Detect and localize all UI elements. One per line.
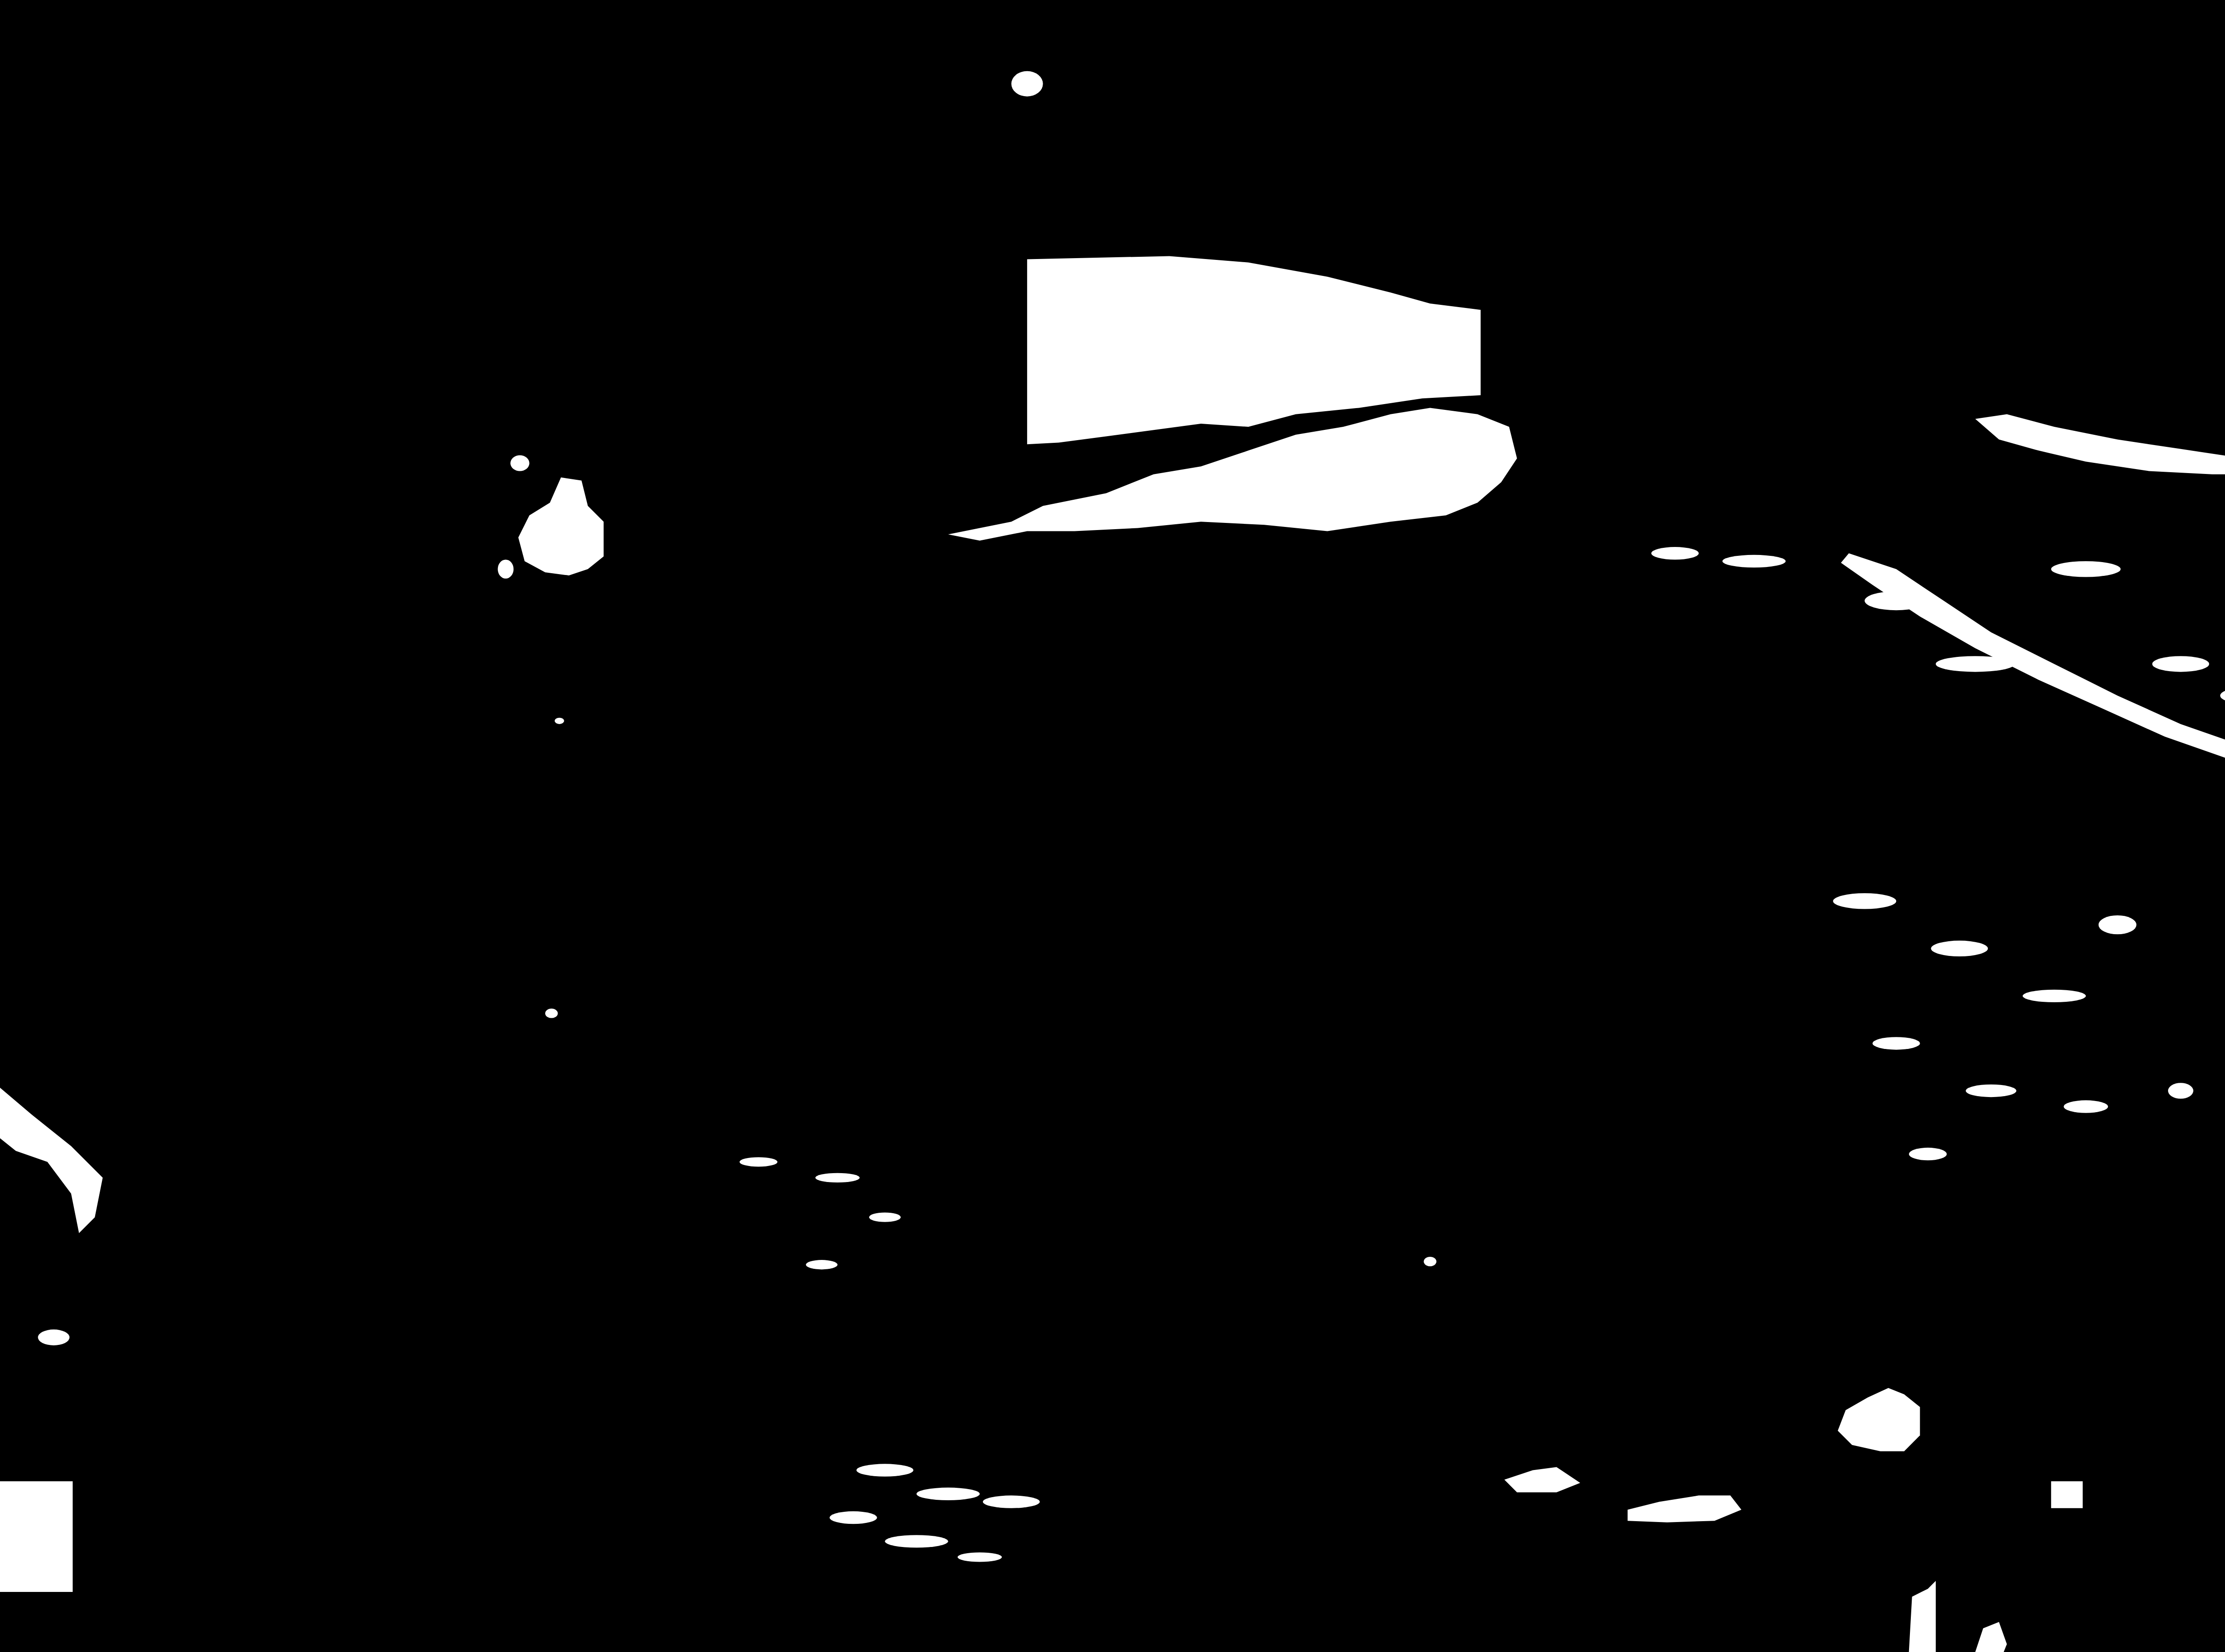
mask-region-dot-top xyxy=(1011,71,1043,97)
mask-region-dot-a xyxy=(554,718,564,724)
segmentation-mask xyxy=(0,0,2225,1652)
mask-region-dot-c xyxy=(1424,1257,1436,1266)
mask-region-lower-right-rect xyxy=(2051,1481,2083,1508)
mask-region-left-edge-dot xyxy=(38,1329,69,1345)
mask-region-left-bottom-rect xyxy=(0,1481,73,1592)
mask-region-left-dot-2 xyxy=(498,559,514,579)
mask-region-left-dot xyxy=(510,455,530,471)
mask-region-dot-b xyxy=(545,1008,558,1018)
